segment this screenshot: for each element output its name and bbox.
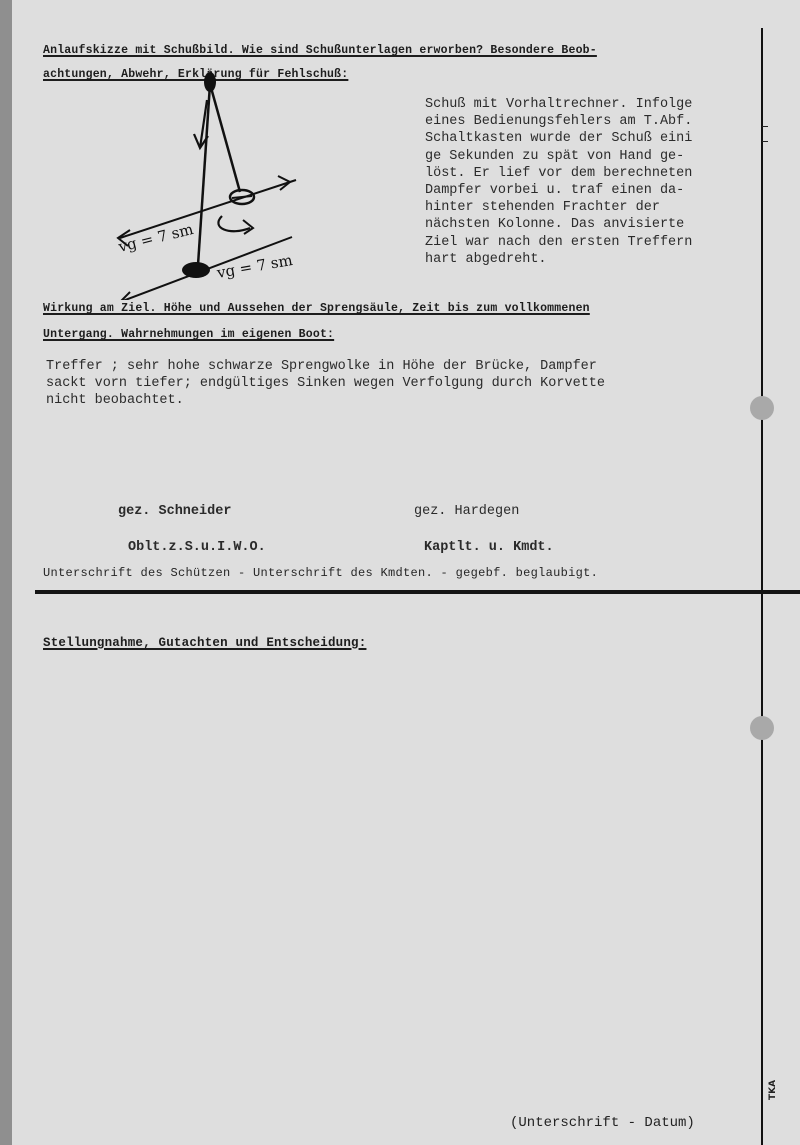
- section1-heading-line1: Anlaufskizze mit Schußbild. Wie sind Sch…: [43, 44, 597, 57]
- section2-body: Treffer ; sehr hohe schwarze Sprengwolke…: [46, 358, 605, 410]
- margin-rule: [761, 28, 763, 1145]
- margin-tick: [762, 126, 768, 127]
- signature-caption: Unterschrift des Schützen - Unterschrift…: [43, 566, 598, 580]
- section-divider: [35, 590, 800, 594]
- shooter-rank: Oblt.z.S.u.I.W.O.: [128, 540, 266, 555]
- section2-heading-line1: Wirkung am Ziel. Höhe und Aussehen der S…: [43, 302, 590, 315]
- attack-sketch: vg = 7 sm vg = 7 sm: [100, 70, 320, 300]
- section1-notes: Schuß mit Vorhaltrechner. Infolge eines …: [425, 96, 692, 268]
- section2-heading-line2: Untergang. Wahrnehmungen im eigenen Boot…: [43, 328, 334, 341]
- signature-date-caption: (Unterschrift - Datum): [510, 1115, 695, 1131]
- archive-stamp: TKA: [768, 1080, 778, 1100]
- punch-hole: [750, 396, 774, 420]
- punch-hole: [750, 716, 774, 740]
- svg-text:vg = 7 sm: vg = 7 sm: [215, 251, 294, 282]
- commander-signature: gez. Hardegen: [414, 504, 519, 519]
- section3-heading: Stellungnahme, Gutachten und Entscheidun…: [43, 636, 366, 650]
- shooter-signature: gez. Schneider: [118, 504, 231, 519]
- margin-tick: [762, 141, 768, 142]
- commander-rank: Kaptlt. u. Kmdt.: [424, 540, 554, 555]
